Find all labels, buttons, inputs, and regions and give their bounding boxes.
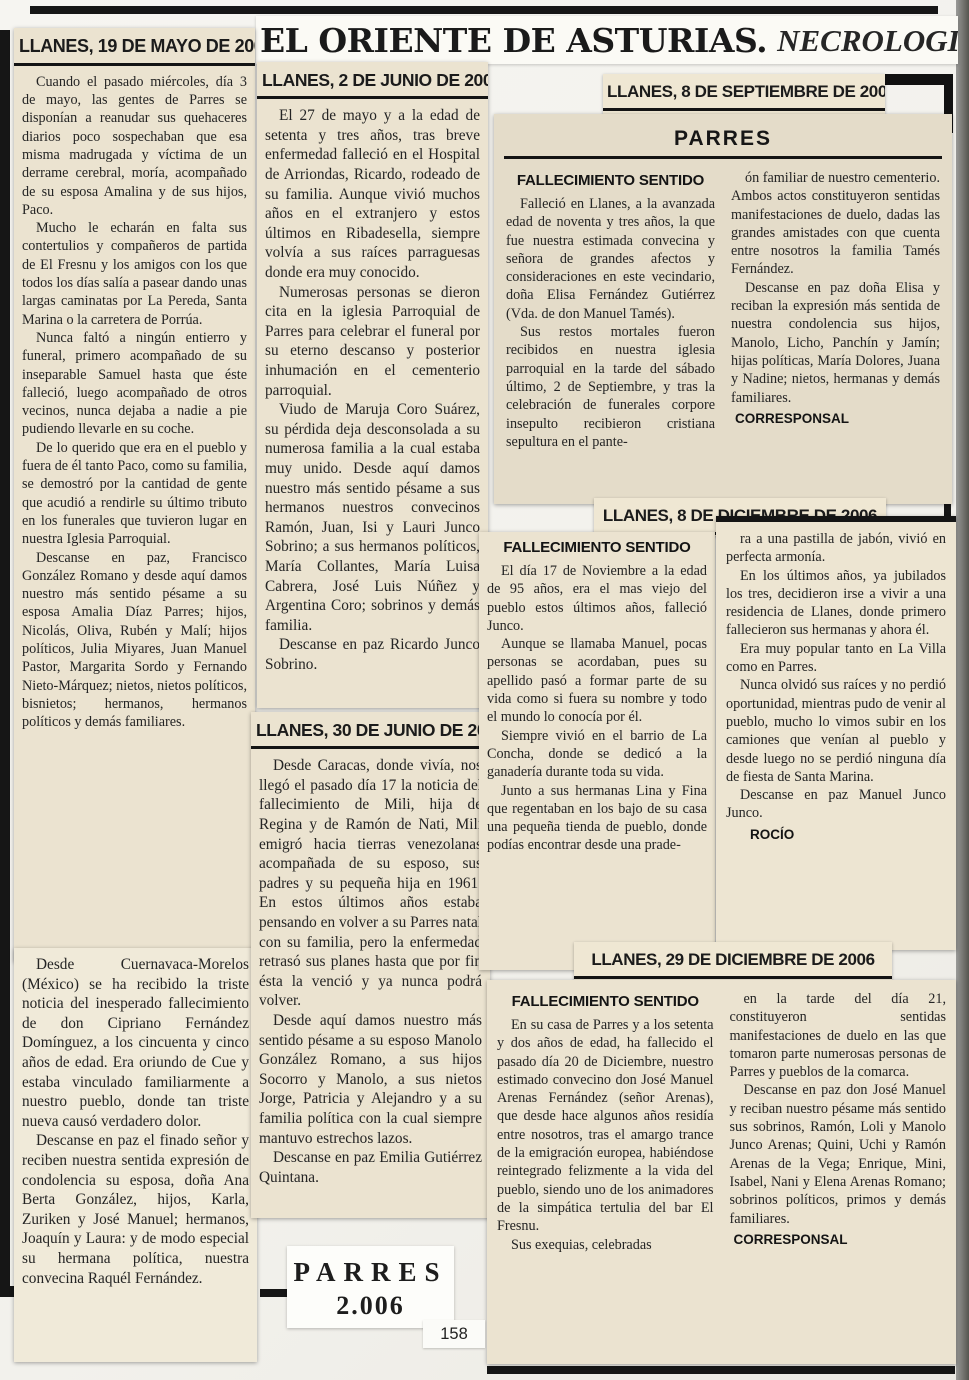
clipping-may19: LLANES, 19 DE MAYO DE 2006 Cuando el pas… <box>14 28 255 962</box>
paragraph: Descanse en paz doña Elisa y reciban la … <box>731 279 940 407</box>
paragraph: Descanse en paz Manuel Junco Junco. <box>726 786 946 823</box>
paragraph: Descanse en paz Emilia Gutiérrez Quintan… <box>259 1148 482 1187</box>
masthead: EL ORIENTE DE ASTURIAS. NECROLOGICAS. <box>256 16 958 64</box>
newspaper-title: EL ORIENTE DE ASTURIAS. <box>260 24 767 57</box>
section-title: NECROLOGICAS. <box>777 25 958 56</box>
frame-top-line <box>30 6 938 14</box>
clipping-cipriano: Desde Cuernavaca-Morelos (México) se ha … <box>14 948 257 1362</box>
paragraph: Siempre vivió en el barrio de La Concha,… <box>487 727 707 782</box>
year-label-year: 2.006 <box>287 1292 454 1321</box>
clipping-dec8-col1: FALLECIMIENTO SENTIDO El día 17 de Novie… <box>479 532 715 970</box>
clipping-dec8-col2: ra a una pastilla de jabón, vivió en per… <box>716 516 956 950</box>
clipping-sep8-col2: ón familiar de nuestro cementerio. Ambos… <box>731 165 940 451</box>
clipping-dec29-col1: FALLECIMIENTO SENTIDO En su casa de Parr… <box>497 986 714 1254</box>
clipping-dec29-col2: en la tarde del día 21, constituyeron se… <box>730 986 947 1254</box>
clipping-sep8: PARRES FALLECIMIENTO SENTIDO Falleció en… <box>494 114 952 504</box>
paragraph: Desde aquí damos nuestro más sentido pés… <box>259 1011 482 1148</box>
clipping-jun2: LLANES, 2 DE JUNIO DE 2006 El 27 de mayo… <box>257 62 488 708</box>
paragraph: Cuando el pasado miércoles, día 3 de may… <box>22 73 247 219</box>
paragraph: Mucho le echarán en falta sus contertuli… <box>22 219 247 329</box>
scan-right-edge <box>956 0 969 1380</box>
paragraph: Era muy popular tanto en La Villa como e… <box>726 640 946 677</box>
title-rule <box>504 156 942 159</box>
clipping-sep8-title: PARRES <box>494 128 952 149</box>
paragraph: Nunca faltó a ningún entierro y funeral,… <box>22 329 247 439</box>
paragraph: El día 17 de Noviembre a la edad de 95 a… <box>487 562 707 635</box>
clipping-sep8-subhead: FALLECIMIENTO SENTIDO <box>506 172 715 190</box>
clipping-jun30: LLANES, 30 DE JUNIO DE 2006 Desde Caraca… <box>251 712 490 1218</box>
paragraph: en la tarde del día 21, constituyeron se… <box>730 990 947 1081</box>
paragraph: Desde Cuernavaca-Morelos (México) se ha … <box>22 955 249 1131</box>
clipping-dec29: FALLECIMIENTO SENTIDO En su casa de Parr… <box>487 980 956 1364</box>
paragraph: ra a una pastilla de jabón, vivió en per… <box>726 530 946 567</box>
strip-sep8-date: LLANES, 8 DE SEPTIEMBRE DE 2006 <box>603 74 885 111</box>
paragraph: Descanse en paz don José Manuel y reciba… <box>730 1081 947 1227</box>
clipping-jun2-date: LLANES, 2 DE JUNIO DE 2006 <box>257 62 488 99</box>
clipping-cipriano-body: Desde Cuernavaca-Morelos (México) se ha … <box>14 948 257 1294</box>
page-number: 158 <box>423 1320 485 1348</box>
paragraph: ón familiar de nuestro cementerio. Ambos… <box>731 169 940 279</box>
paragraph: Junto a sus hermanas Lina y Fina que reg… <box>487 782 707 855</box>
clipping-jun30-body: Desde Caracas, donde vivía, nos llegó el… <box>251 749 490 1193</box>
paragraph: Viudo de Maruja Coro Suárez, su pérdida … <box>265 400 480 635</box>
clipping-may19-date: LLANES, 19 DE MAYO DE 2006 <box>14 28 255 66</box>
clipping-jun2-body: El 27 de mayo y a la edad de setenta y t… <box>257 99 488 680</box>
paragraph: Desde Caracas, donde vivía, nos llegó el… <box>259 756 482 1011</box>
paragraph: Aunque se llamaba Manuel, pocas personas… <box>487 635 707 726</box>
paragraph: En su casa de Parres y a los setenta y d… <box>497 1016 714 1236</box>
frame-left-line <box>0 30 10 1292</box>
clipping-jun30-date: LLANES, 30 DE JUNIO DE 2006 <box>251 712 490 749</box>
paragraph: Falleció en Llanes, a la avanzada edad d… <box>506 195 715 323</box>
paragraph: Descanse en paz el finado señor y recibe… <box>22 1131 249 1288</box>
clipping-dec8-signature: ROCÍO <box>750 826 946 844</box>
paragraph: Nunca olvidó sus raíces y no perdió opor… <box>726 676 946 786</box>
clipping-sep8-signature: CORRESPONSAL <box>735 410 940 428</box>
paragraph: Sus exequias, celebradas <box>497 1236 714 1254</box>
clipping-may19-body: Cuando el pasado miércoles, día 3 de may… <box>14 66 255 738</box>
clipping-dec29-subhead: FALLECIMIENTO SENTIDO <box>497 993 714 1011</box>
paragraph: De lo querido que era en el pueblo y fue… <box>22 439 247 549</box>
clipping-dec8-subhead: FALLECIMIENTO SENTIDO <box>479 539 715 557</box>
paragraph: El 27 de mayo y a la edad de setenta y t… <box>265 106 480 282</box>
year-label-card: PARRES 2.006 <box>287 1246 454 1328</box>
clipping-sep8-col1: FALLECIMIENTO SENTIDO Falleció en Llanes… <box>506 165 715 451</box>
paragraph: Numerosas personas se dieron cita en la … <box>265 283 480 401</box>
scanned-obituary-page: EL ORIENTE DE ASTURIAS. NECROLOGICAS. LL… <box>0 0 969 1380</box>
paragraph: Descanse en paz, Francisco González Roma… <box>22 549 247 732</box>
year-label-title: PARRES <box>287 1258 454 1288</box>
paragraph: Sus restos mortales fueron recibidos en … <box>506 323 715 451</box>
strip-dec29-date: LLANES, 29 DE DICIEMBRE DE 2006 <box>574 942 892 979</box>
frame-bottom-right-line <box>487 1366 955 1374</box>
strip-sep8: LLANES, 8 DE SEPTIEMBRE DE 2006 <box>603 74 885 114</box>
clipping-dec29-signature: CORRESPONSAL <box>734 1231 947 1249</box>
paragraph: Descanse en paz Ricardo Junco Sobrino. <box>265 635 480 674</box>
paragraph: En los últimos años, ya jubilados los tr… <box>726 567 946 640</box>
strip-dec29: LLANES, 29 DE DICIEMBRE DE 2006 <box>574 942 892 980</box>
